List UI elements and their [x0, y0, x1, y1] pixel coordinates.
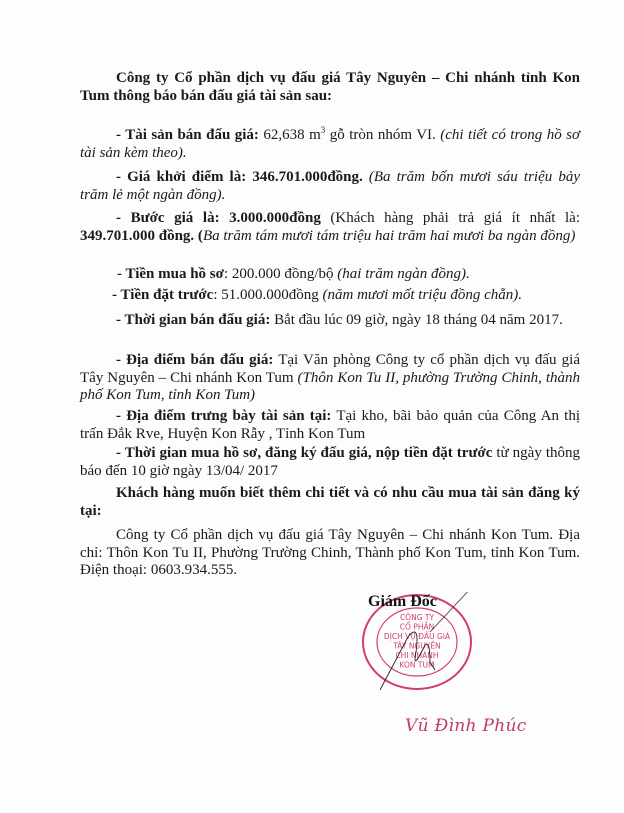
svg-text:CÔNG TY: CÔNG TY — [400, 613, 435, 622]
contact-text: Công ty Cổ phần dịch vụ đấu giá Tây Nguy… — [80, 527, 580, 580]
document-page: Công ty Cổ phần dịch vụ đấu giá Tây Nguy… — [0, 0, 624, 813]
svg-text:KON TUM: KON TUM — [400, 661, 435, 670]
item-asset: - Tài sản bán đấu giá: 62,638 m3 gỗ tròn… — [80, 127, 580, 162]
item-auction-location: - Địa điểm bán đấu giá: Tại Văn phòng Cô… — [80, 352, 580, 405]
svg-text:CỔ PHẦN: CỔ PHẦN — [400, 622, 434, 632]
intro-heading: Công ty Cổ phần dịch vụ đấu giá Tây Nguy… — [80, 70, 580, 105]
item-registration-time: - Thời gian mua hồ sơ, đăng ký đấu giá, … — [80, 445, 580, 480]
item-auction-time: - Thời gian bán đấu giá: Bắt đầu lúc 09 … — [80, 312, 580, 330]
item-bid-step: - Bước giá là: 3.000.000đồng (Khách hàng… — [80, 210, 580, 245]
item-display-location: - Địa điểm trưng bày tài sản tại: Tại kh… — [80, 408, 580, 443]
item-starting-price: - Giá khởi điểm là: 346.701.000đồng. (Ba… — [80, 169, 580, 204]
signature-title: Giám Đốc — [368, 593, 437, 611]
svg-text:CHI NHÁNH: CHI NHÁNH — [395, 651, 438, 660]
item-deposit: - Tiền đặt trước: 51.000.000đồng (năm mư… — [112, 287, 582, 305]
contact-heading: Khách hàng muốn biết thêm chi tiết và có… — [80, 485, 580, 520]
signature-name: Vũ Đình Phúc — [405, 716, 527, 736]
item-dossier-fee: - Tiền mua hồ sơ: 200.000 đồng/bộ (hai t… — [117, 266, 587, 284]
